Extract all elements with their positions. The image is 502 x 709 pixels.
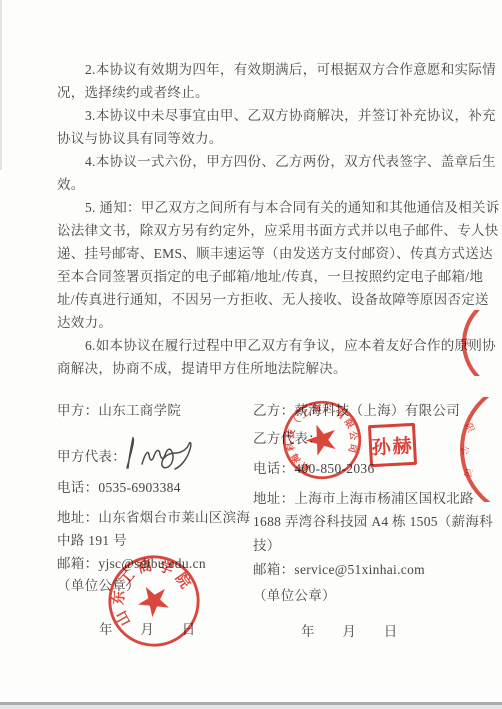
party-b-name-row: 乙方：薪海科技（上海）有限公司 <box>253 399 460 419</box>
edge-seal-bottom-char: 司 <box>461 467 475 478</box>
party-b-email-row: 邮箱：service@51xinhai.com <box>253 558 425 578</box>
name-seal-text: 孙赫 <box>371 430 414 459</box>
edge-seal-bottom-char: 限 <box>463 421 479 435</box>
party-b-phone: 400-850-2036 <box>294 461 374 476</box>
party-a-phone-label: 电话： <box>57 480 98 495</box>
party-b-phone-row: 电话：400-850-2036 <box>253 457 375 477</box>
party-a-address-row: 地址：山东省烟台市莱山区滨海 <box>57 506 250 526</box>
party-a-email-row: 邮箱：yjsc@sdtbu.edu.cn <box>57 552 206 572</box>
contract-page: 2.本协议有效期为四年，有效期满后，可根据双方合作意愿和实际情 况，选择续约或者… <box>0 0 502 709</box>
edge-seal-bottom-char: 公 <box>458 445 472 456</box>
contract-clauses: 2.本协议有效期为四年，有效期满后，可根据双方合作意愿和实际情 况，选择续约或者… <box>57 58 473 380</box>
party-b-seal-note-text: （单位公章） <box>253 588 336 603</box>
party-a-email-label: 邮箱： <box>57 556 98 571</box>
clause-line: 达效力。 <box>57 311 473 334</box>
party-a-rep-label: 甲方代表： <box>57 449 126 464</box>
clause-line: 址/传真进行通知，不因另一方拒收、无人接收、设备故障等原因否定送 <box>57 288 473 311</box>
party-b-role-label: 乙方： <box>253 403 294 418</box>
party-b-date: 年 月 日 <box>301 624 398 639</box>
party-a-name-row: 甲方：山东工商学院 <box>57 399 181 419</box>
party-b-name: 薪海科技（上海）有限公司 <box>294 403 460 418</box>
clause-line: 况，选择续约或者终止。 <box>57 81 473 104</box>
clause-line: 6.如本协议在履行过程中甲乙双方有争议，应本着友好合作的原则协 <box>57 334 473 357</box>
party-a-seal-note-text: （单位公章） <box>57 578 140 593</box>
party-b-seal-note: （单位公章） <box>253 584 336 604</box>
party-a-rep-row: 甲方代表： <box>57 445 126 465</box>
party-a-role-label: 甲方： <box>57 403 98 418</box>
party-a-phone-row: 电话：0535-6903384 <box>57 476 181 496</box>
party-b-address-line1: 上海市上海市杨浦区国权北路 <box>294 491 473 506</box>
clause-line: 效。 <box>57 173 473 196</box>
clause-line: 商解决，协商不成，提请甲方住所地法院解决。 <box>57 357 473 380</box>
clause-line: 递、挂号邮寄、EMS、顺丰速运等（由发送方支付邮资）、传真方式送达 <box>57 242 473 265</box>
party-b-address-row: 地址：上海市上海市杨浦区国权北路 <box>253 487 474 507</box>
clause-line: 至本合同签署页指定的电子邮箱/地址/传真，一旦按照约定电子邮箱/地 <box>57 265 473 288</box>
clause-line: 3.本协议中未尽事宜由甲、乙双方协商解决，并签订补充协议，补充 <box>57 104 473 127</box>
scan-edge-bottom-shadow <box>0 705 502 709</box>
party-b-address-line3: 技） <box>253 538 281 553</box>
clause-line: 2.本协议有效期为四年，有效期满后，可根据双方合作意愿和实际情 <box>57 58 473 81</box>
clause-line: 协议与协议具有同等效力。 <box>57 127 473 150</box>
party-b-rep-label: 乙方代表： <box>253 431 322 446</box>
party-a-address-label: 地址： <box>57 510 98 525</box>
party-a-name: 山东工商学院 <box>98 403 181 418</box>
party-a-date: 年 月 日 <box>99 622 196 637</box>
party-b-email-label: 邮箱： <box>253 562 294 577</box>
party-b-date-row: 年 月 日 <box>301 620 398 640</box>
party-b-address-row3: 技） <box>253 534 281 554</box>
scan-edge-left <box>0 0 2 170</box>
party-b-phone-label: 电话： <box>253 461 294 476</box>
clause-line: 5. 通知：甲乙双方之间所有与本合同有关的通知和其他通信及相关诉 <box>57 196 473 219</box>
party-b-rep-row: 乙方代表： <box>253 427 322 447</box>
party-a-address-row2: 中路 191 号 <box>57 529 127 549</box>
party-b-email: service@51xinhai.com <box>294 562 425 577</box>
party-a-phone: 0535-6903384 <box>98 480 180 495</box>
representative-name-seal: 孙赫 <box>368 423 417 467</box>
party-a-address-line2: 中路 191 号 <box>57 533 127 548</box>
party-a-date-row: 年 月 日 <box>99 618 196 638</box>
party-b-address-line2: 1688 弄湾谷科技园 A4 栋 1505（薪海科 <box>253 514 493 529</box>
party-b-address-label: 地址： <box>253 491 294 506</box>
party-a-email: yjsc@sdtbu.edu.cn <box>98 556 206 571</box>
clause-line: 4.本协议一式六份，甲方四份、乙方两份，双方代表签字、盖章后生 <box>57 150 473 173</box>
party-b-address-row2: 1688 弄湾谷科技园 A4 栋 1505（薪海科 <box>253 510 493 530</box>
party-a-address-line1: 山东省烟台市莱山区滨海 <box>98 510 250 525</box>
clause-line: 讼法律文书，除双方另有约定外，应采用书面方式并以电子邮件、专人快 <box>57 219 473 242</box>
party-a-seal-note: （单位公章） <box>57 574 140 594</box>
